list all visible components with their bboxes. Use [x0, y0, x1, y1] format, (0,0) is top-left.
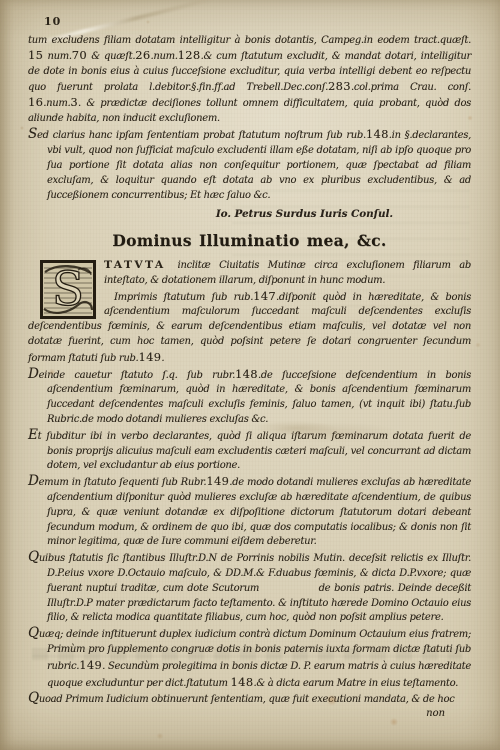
printed-number: 148 — [231, 675, 254, 689]
body-paragraph: Quibus ſtatutis ſic ſtantibus Illuſtr.D.… — [28, 550, 471, 626]
statuta-section: S TATVTA inclitæ Ciuitatis Mutinæ circa … — [28, 258, 471, 367]
printed-number: 26 — [135, 48, 150, 62]
printed-number: 15 — [28, 48, 43, 62]
body-paragraph: Quoad Primum Iudicium obtinuerunt ſenten… — [28, 691, 471, 708]
body-paragraph: Quæq; deinde inſtituerunt duplex iudiciu… — [28, 626, 471, 691]
body-paragraph: Deinde cauetur ſtatuto ſ.q. ſub rubr.148… — [28, 367, 471, 428]
section-heading: Dominus Illuminatio mea, &c. — [28, 231, 471, 250]
drop-letter: S — [52, 262, 84, 317]
woodcut-initial-s: S — [40, 260, 96, 319]
catchword: non — [28, 708, 471, 719]
printed-number: 3 — [70, 95, 78, 109]
author-signature: Io. Petrus Surdus Iuris Conſul. — [28, 208, 471, 220]
printed-number: 148 — [366, 127, 389, 141]
main-paragraphs: Deinde cauetur ſtatuto ſ.q. ſub rubr.148… — [28, 367, 471, 709]
printed-number: 148 — [235, 367, 258, 381]
body-paragraph: Demum in ſtatuto ſequenti ſub Rubr.149.d… — [28, 474, 471, 550]
printed-number: 149 — [138, 350, 161, 364]
printed-number: 147 — [253, 289, 276, 303]
printed-number: 149 — [206, 474, 229, 488]
printed-number: 283 — [328, 79, 351, 93]
body-paragraph: tum excludens filiam dotatam intelligitu… — [28, 33, 471, 127]
printed-number: 70 — [72, 48, 87, 62]
printed-number: 149 — [79, 658, 102, 672]
opening-capitals: TATVTA — [104, 259, 178, 271]
body-paragraph: Sed clarius hanc ipſam ſententiam probat… — [28, 127, 471, 203]
continuation-paragraphs: tum excludens filiam dotatam intelligitu… — [28, 33, 471, 203]
book-page: 10 tum excludens filiam dotatam intellig… — [0, 0, 500, 750]
text-column: tum excludens filiam dotatam intelligitu… — [28, 14, 471, 719]
printed-number: 16 — [28, 95, 43, 109]
printed-number: 128 — [178, 48, 201, 62]
body-paragraph: Et ſubditur ibi in verbo declarantes, qu… — [28, 428, 471, 474]
